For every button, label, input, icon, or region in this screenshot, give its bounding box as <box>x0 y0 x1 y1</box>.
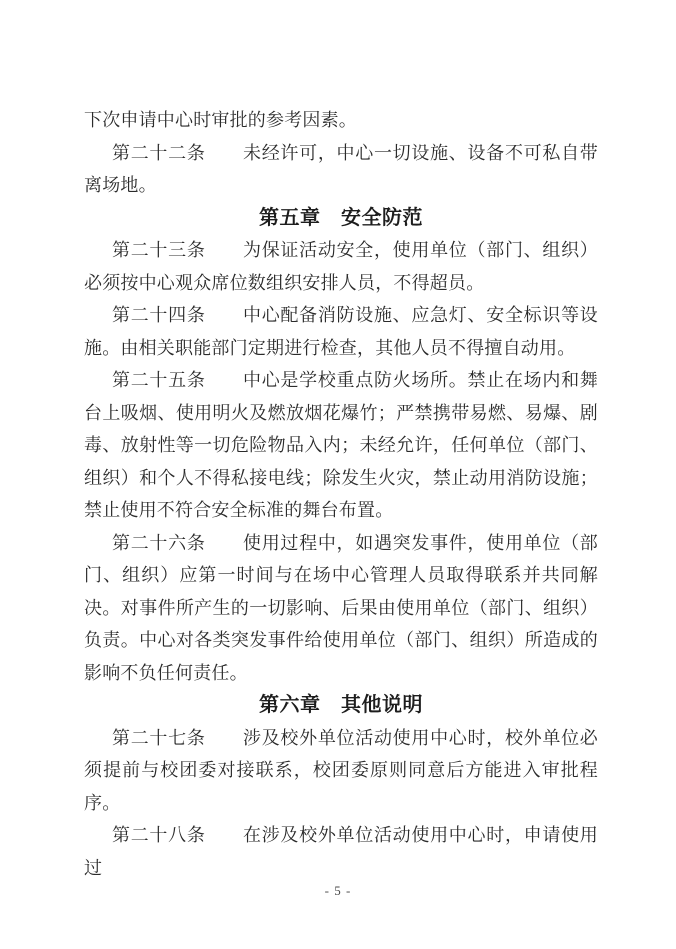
article-27-paragraph: 第二十七条 涉及校外单位活动使用中心时，校外单位必须提前与校团委对接联系，校团委… <box>84 722 598 820</box>
chapter-6-heading: 第六章 其他说明 <box>84 689 598 722</box>
chapter-5-heading: 第五章 安全防范 <box>84 202 598 235</box>
article-23-paragraph: 第二十三条 为保证活动安全，使用单位（部门、组织）必须按中心观众席位数组织安排人… <box>84 234 598 299</box>
article-25-paragraph: 第二十五条 中心是学校重点防火场所。禁止在场内和舞台上吸烟、使用明火及燃放烟花爆… <box>84 364 598 527</box>
article-24-paragraph: 第二十四条 中心配备消防设施、应急灯、安全标识等设施。由相关职能部门定期进行检查… <box>84 299 598 364</box>
document-body: 下次申请中心时审批的参考因素。 第二十二条 未经许可，中心一切设施、设备不可私自… <box>84 104 598 884</box>
document-page: 下次申请中心时审批的参考因素。 第二十二条 未经许可，中心一切设施、设备不可私自… <box>0 0 676 949</box>
article-26-paragraph: 第二十六条 使用过程中，如遇突发事件，使用单位（部门、组织）应第一时间与在场中心… <box>84 527 598 690</box>
paragraph-continuation: 下次申请中心时审批的参考因素。 <box>84 104 598 137</box>
page-number: - 5 - <box>0 883 676 899</box>
article-22-paragraph: 第二十二条 未经许可，中心一切设施、设备不可私自带离场地。 <box>84 137 598 202</box>
article-28-paragraph: 第二十八条 在涉及校外单位活动使用中心时，申请使用过 <box>84 819 598 884</box>
